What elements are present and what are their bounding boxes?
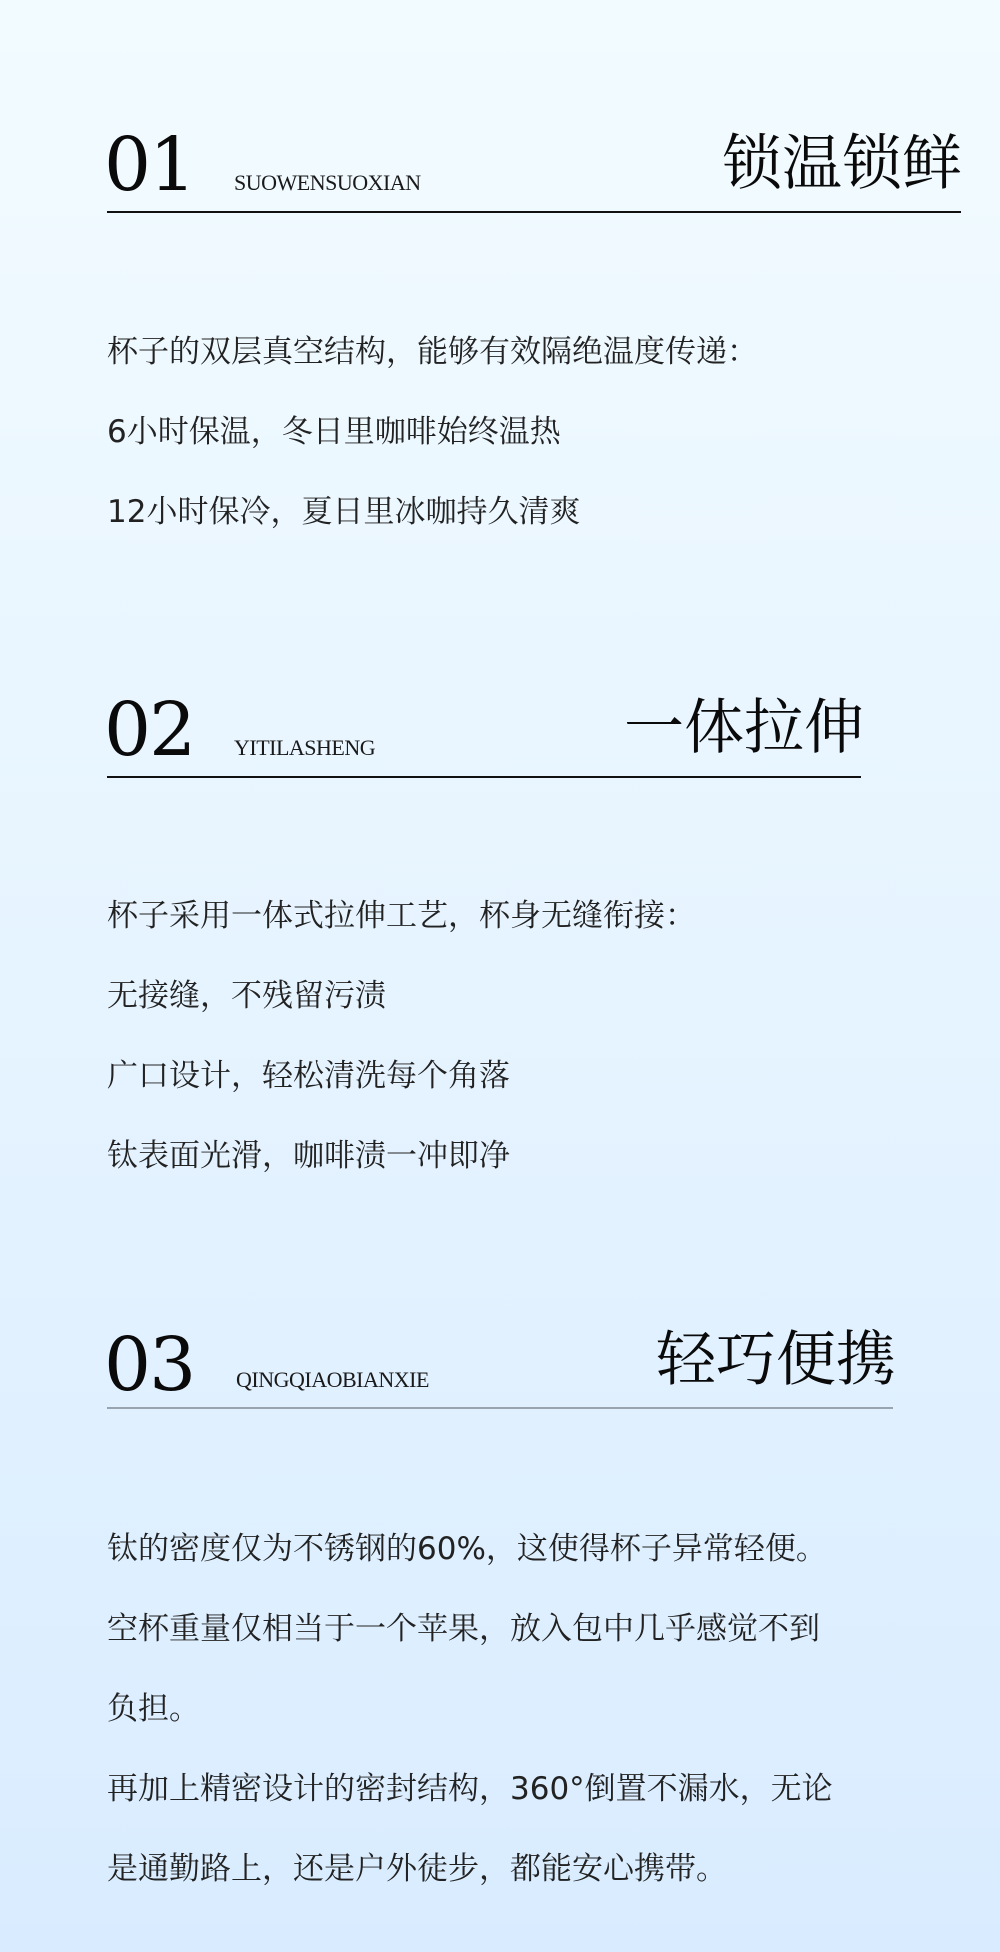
body-line: 钛的密度仅为不锈钢的60%，这使得杯子异常轻便。	[107, 1509, 833, 1589]
body-line: 负担。	[107, 1669, 833, 1749]
body-line: 杯子采用一体式拉伸工艺，杯身无缝衔接：	[107, 876, 696, 956]
section-pinyin: SUOWENSUOXIAN	[234, 172, 421, 194]
section-body: 杯子采用一体式拉伸工艺，杯身无缝衔接： 无接缝，不残留污渍 广口设计，轻松清洗每…	[107, 876, 696, 1196]
body-line: 再加上精密设计的密封结构，360°倒置不漏水，无论	[107, 1749, 833, 1829]
section-number: 01	[104, 128, 194, 202]
body-line: 12小时保冷，夏日里冰咖持久清爽	[107, 472, 758, 552]
body-line: 空杯重量仅相当于一个苹果，放入包中几乎感觉不到	[107, 1589, 833, 1669]
body-line: 杯子的双层真空结构，能够有效隔绝温度传递：	[107, 312, 758, 392]
section-divider	[107, 776, 861, 778]
section-title: 一体拉伸	[624, 698, 864, 758]
section-number: 03	[104, 1328, 194, 1402]
body-line: 广口设计，轻松清洗每个角落	[107, 1036, 696, 1116]
body-line: 6小时保温，冬日里咖啡始终温热	[107, 392, 758, 472]
body-line: 无接缝，不残留污渍	[107, 956, 696, 1036]
section-pinyin: QINGQIAOBIANXIE	[236, 1369, 429, 1391]
section-body: 钛的密度仅为不锈钢的60%，这使得杯子异常轻便。 空杯重量仅相当于一个苹果，放入…	[107, 1509, 833, 1909]
body-line: 钛表面光滑，咖啡渍一冲即净	[107, 1116, 696, 1196]
section-number: 02	[104, 693, 194, 767]
section-divider	[107, 211, 961, 213]
section-title: 轻巧便携	[656, 1330, 896, 1390]
body-line: 是通勤路上，还是户外徒步，都能安心携带。	[107, 1829, 833, 1909]
section-body: 杯子的双层真空结构，能够有效隔绝温度传递： 6小时保温，冬日里咖啡始终温热 12…	[107, 312, 758, 552]
section-divider	[107, 1407, 893, 1409]
section-pinyin: YITILASHENG	[234, 737, 375, 759]
section-title: 锁温锁鲜	[722, 134, 962, 194]
